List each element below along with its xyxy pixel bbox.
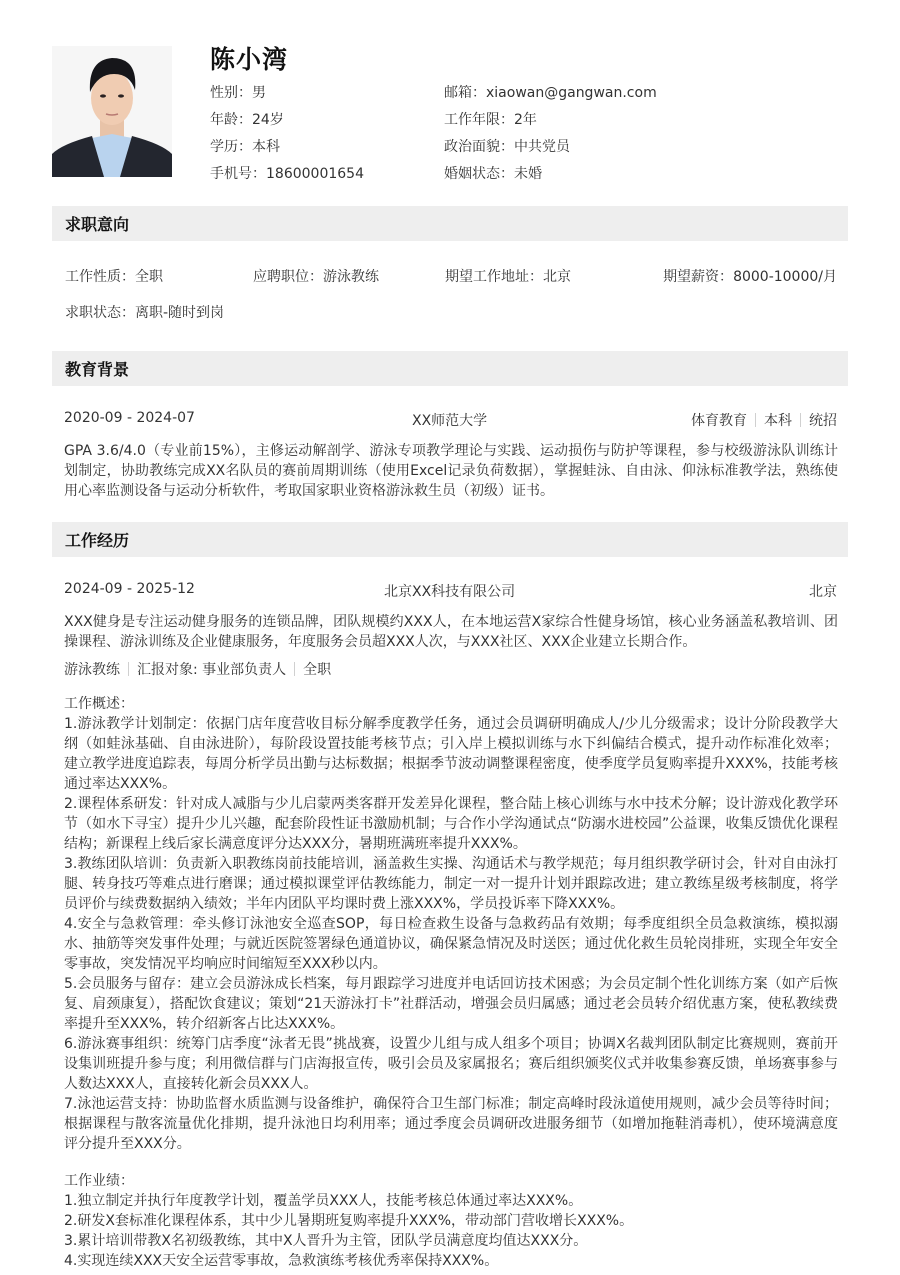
- work-years-value: 2年: [514, 112, 537, 128]
- email-value: xiaowan@gangwan.com: [486, 85, 657, 101]
- marital-status-label: 婚姻状态：: [444, 166, 514, 182]
- degree-field: 学历：本科: [210, 136, 280, 158]
- age-label: 年龄：: [210, 112, 252, 128]
- political-status-field: 政治面貌：中共党员: [444, 136, 570, 158]
- candidate-name: 陈小湾: [210, 40, 288, 76]
- location-value: 北京: [543, 269, 571, 285]
- intent-position: 应聘职位：游泳教练: [253, 266, 379, 286]
- work-overview: 工作概述： 1.游泳教学计划制定：依据门店年度营收目标分解季度教学任务，通过会员…: [64, 694, 838, 1154]
- info-row: 性别：男 邮箱：xiaowan@gangwan.com: [210, 82, 850, 109]
- overview-item: 5.会员服务与留存：建立会员游泳成长档案，每月跟踪学习进度并电话回访技术困惑；为…: [64, 974, 838, 1034]
- section-title: 工作经历: [65, 528, 129, 551]
- degree-tag: 本科: [764, 413, 792, 429]
- work-period: 2024-09 - 2025-12: [64, 581, 195, 597]
- job-type-label: 工作性质：: [65, 269, 135, 285]
- section-header-work: 工作经历: [52, 522, 848, 557]
- gender-value: 男: [252, 85, 266, 101]
- overview-title: 工作概述：: [64, 694, 838, 714]
- job-type-value: 全职: [135, 269, 163, 285]
- divider: [800, 413, 801, 427]
- work-city: 北京: [809, 581, 837, 601]
- education-description: GPA 3.6/4.0（专业前15%），主修运动解剖学、游泳专项教学理论与实践、…: [64, 441, 838, 501]
- gender-field: 性别：男: [210, 82, 266, 104]
- work-company: 北京XX科技有限公司: [384, 581, 515, 601]
- overview-item: 6.游泳赛事组织：统筹门店季度“泳者无畏”挑战赛，设置少儿组与成人组多个项目；协…: [64, 1034, 838, 1094]
- age-field: 年龄：24岁: [210, 109, 284, 131]
- overview-item: 1.游泳教学计划制定：依据门店年度营收目标分解季度教学任务，通过会员调研明确成人…: [64, 714, 838, 794]
- political-status-label: 政治面貌：: [444, 139, 514, 155]
- info-row: 年龄：24岁 工作年限：2年: [210, 109, 850, 136]
- achievement-item: 4.实现连续XXX天安全运营零事故，急救演练考核优秀率保持XXX%。: [64, 1251, 838, 1271]
- company-intro: XXX健身是专注运动健身服务的连锁品牌，团队规模约XXX人，在本地运营X家综合性…: [64, 612, 838, 652]
- degree-label: 学历：: [210, 139, 252, 155]
- email-field: 邮箱：xiaowan@gangwan.com: [444, 82, 657, 104]
- info-row: 学历：本科 政治面貌：中共党员: [210, 136, 850, 163]
- age-value: 24岁: [252, 112, 284, 128]
- intent-status: 求职状态：离职-随时到岗: [65, 302, 224, 322]
- divider: [128, 662, 129, 676]
- marital-status-field: 婚姻状态：未婚: [444, 163, 542, 185]
- divider: [294, 662, 295, 676]
- location-label: 期望工作地址：: [445, 269, 543, 285]
- gender-label: 性别：: [210, 85, 252, 101]
- work-tags: 游泳教练汇报对象: 事业部负责人全职: [64, 659, 331, 679]
- divider: [755, 413, 756, 427]
- salary-value: 8000-10000/月: [733, 269, 837, 285]
- section-header-intent: 求职意向: [52, 206, 848, 241]
- overview-item: 3.教练团队培训：负责新入职教练岗前技能培训，涵盖救生实操、沟通话术与教学规范；…: [64, 854, 838, 914]
- phone-value: 18600001654: [266, 166, 364, 182]
- profile-header: 陈小湾 性别：男 邮箱：xiaowan@gangwan.com 年龄：24岁 工…: [52, 40, 852, 180]
- salary-label: 期望薪资：: [663, 269, 733, 285]
- section-title: 求职意向: [65, 212, 129, 235]
- intent-job-type: 工作性质：全职: [65, 266, 163, 286]
- status-value: 离职-随时到岗: [135, 305, 224, 321]
- email-label: 邮箱：: [444, 85, 486, 101]
- work-years-label: 工作年限：: [444, 112, 514, 128]
- marital-status-value: 未婚: [514, 166, 542, 182]
- employment-type-tag: 全职: [303, 662, 331, 678]
- major-tag: 体育教育: [691, 413, 747, 429]
- achievement-item: 2.研发X套标准化课程体系，其中少儿暑期班复购率提升XXX%，带动部门营收增长X…: [64, 1211, 838, 1231]
- phone-label: 手机号：: [210, 166, 266, 182]
- work-years-field: 工作年限：2年: [444, 109, 537, 131]
- overview-item: 7.泳池运营支持：协助监督水质监测与设备维护，确保符合卫生部门标准；制定高峰时段…: [64, 1094, 838, 1154]
- achievements-title: 工作业绩：: [64, 1171, 838, 1191]
- overview-item: 4.安全与急救管理：牵头修订泳池安全巡查SOP，每日检查救生设备与急救药品有效期…: [64, 914, 838, 974]
- section-title: 教育背景: [65, 357, 129, 380]
- overview-item: 2.课程体系研发：针对成人减脂与少儿启蒙两类客群开发差异化课程，整合陆上核心训练…: [64, 794, 838, 854]
- avatar-photo: [52, 46, 172, 177]
- achievement-item: 3.累计培训带教X名初级教练，其中X人晋升为主管，团队学员满意度均值达XXX分。: [64, 1231, 838, 1251]
- info-row: 手机号：18600001654 婚姻状态：未婚: [210, 163, 850, 190]
- portrait-icon: [52, 46, 172, 177]
- intent-salary: 期望薪资：8000-10000/月: [663, 266, 837, 286]
- role-tag: 游泳教练: [64, 662, 120, 678]
- education-tags: 体育教育本科统招: [691, 410, 837, 430]
- work-achievements: 工作业绩： 1.独立制定并执行年度教学计划，覆盖学员XXX人，技能考核总体通过率…: [64, 1171, 838, 1275]
- intent-location: 期望工作地址：北京: [445, 266, 571, 286]
- personal-info: 性别：男 邮箱：xiaowan@gangwan.com 年龄：24岁 工作年限：…: [210, 82, 850, 190]
- report-to-tag: 汇报对象: 事业部负责人: [137, 662, 286, 678]
- political-status-value: 中共党员: [514, 139, 570, 155]
- status-label: 求职状态：: [65, 305, 135, 321]
- education-school: XX师范大学: [412, 410, 487, 430]
- education-period: 2020-09 - 2024-07: [64, 410, 195, 426]
- phone-field: 手机号：18600001654: [210, 163, 364, 185]
- achievement-item: 1.独立制定并执行年度教学计划，覆盖学员XXX人，技能考核总体通过率达XXX%。: [64, 1191, 838, 1211]
- enrollment-tag: 统招: [809, 413, 837, 429]
- position-label: 应聘职位：: [253, 269, 323, 285]
- degree-value: 本科: [252, 139, 280, 155]
- position-value: 游泳教练: [323, 269, 379, 285]
- section-header-education: 教育背景: [52, 351, 848, 386]
